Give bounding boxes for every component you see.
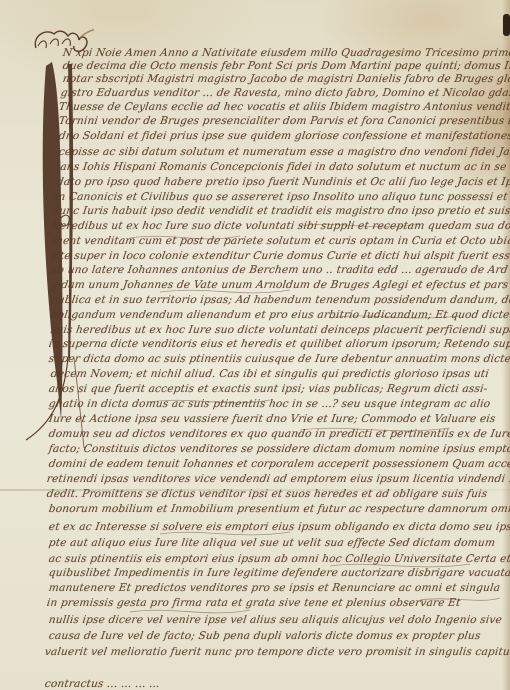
text-line: Iure et Actione ipsa seu vassiere fuerit… [48,413,496,425]
text-line: retinendi ipsas venditores vice vendendi… [46,473,510,485]
text-line: in premissis gesta pro firma rata et gra… [46,597,461,609]
text-line: valuerit vel melioratio fuerit nunc pro … [44,646,510,658]
text-line: in Canonicis et Civilibus quo se asserer… [54,191,510,203]
text-line: dedit. Promittens se dictus venditor ips… [46,488,488,500]
text-line: Tornini vendor de Bruges presencialiter … [58,115,510,127]
text-line: lans Iohis Hispani Romanis Concepcionis … [56,161,510,173]
text-line: bonorum mobilium et Inmobilium presentiu… [48,503,510,515]
text-line: N xpi Noie Amen Anno a Nativitate eiusde… [62,47,510,59]
ink-spot [503,14,510,36]
text-line: due decima die Octo mensis febr Pont Sci… [62,60,510,72]
text-line: domini de eadem tenuit Iohannes et corpo… [48,458,510,470]
text-line: gnatio in dicta domus ac suis ptinentiis… [48,398,491,410]
text-line: in superna dicte venditoris eius et here… [48,338,510,350]
text-line: suis heredibus ut ex hoc Iure suo dicte … [50,324,510,336]
text-line: Thuesse de Ceylans ecclie ad hec vocatis… [58,101,510,113]
text-line: manutenere Et predictos venditores pro s… [48,582,501,594]
text-line: contractus ... ... ... ... [44,678,161,690]
text-line: gistro Eduardus venditor ... de Ravesta,… [60,87,510,99]
text-line: alios si que fuerit acceptis et exactis … [48,383,488,395]
text-line: dno Soldani et fidei prius ipse sue quid… [58,130,510,142]
manuscript-page: N xpi Noie Amen Anno a Nativitate eiusde… [0,0,510,690]
text-line: ment venditam cum et post de pariete sol… [52,235,510,247]
text-line: facto; Constituis dictos venditores se p… [48,443,510,455]
text-line: quibuslibet Impedimentis in Iure legitim… [48,567,510,579]
text-line: obligandum vendendum alienandum et pro e… [50,309,510,321]
text-line: heredibus ut ex hoc Iure suo dicte volun… [52,220,510,232]
text-line: cepisse ac sibi datum solutum et numerat… [58,146,510,158]
text-line: dato pro ipso quod habere pretio ipso fu… [56,176,510,188]
text-line: decem Novem; et nichil aliud. Cas ibi et… [50,368,490,380]
text-line: nullis ipse dicere vel venire ipse vel a… [48,614,503,626]
text-line: notar sbscripti Magistri magistro Jacobo… [62,73,510,85]
text-line: tunc Iuris habuit ipso dedit vendidit et… [54,205,510,217]
text-line: site super in loco colonie extenditur Cu… [50,250,510,262]
text-line: pte aut aliquo eius Iure lite aliqua vel… [48,537,496,549]
text-line: causa de Iure vel de facto; Sub pena dup… [48,630,481,642]
text-line: domum seu ad dictos venditores ex quo qu… [48,428,510,440]
text-line: ac suis ptinentiis eis emptori eius ipsu… [48,553,510,565]
text-line: ab uno latere Iohannes antonius de Berch… [50,264,509,276]
text-line: super dicta domo ac suis ptinentiis cuiu… [48,353,510,365]
text-line: publica et in suo territorio ipsas; Ad h… [50,294,510,306]
text-line: et ex ac Interesse si solvere eis emptor… [48,521,510,533]
text-line: gidam unum Johannes de Vate unum Arnoldu… [50,279,510,291]
